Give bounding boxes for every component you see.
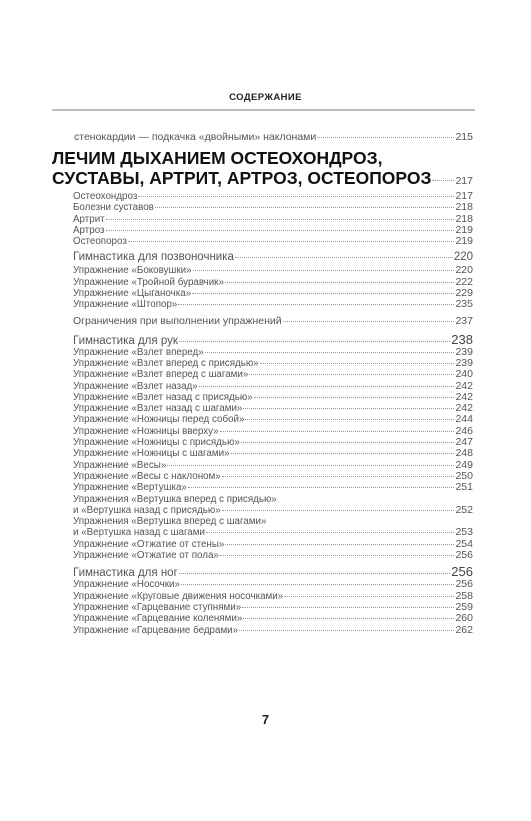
dot-leader <box>231 446 455 454</box>
toc-page-number: 248 <box>455 448 473 459</box>
dot-leader <box>220 424 455 432</box>
toc-entry-title: Упражнение «Взлет вперед с присядью» <box>73 358 259 369</box>
toc-entry-title: Упражнение «Штопор» <box>73 299 177 310</box>
toc-entry-title: Упражнение «Гарцевание ступнями» <box>73 602 241 613</box>
dot-leader <box>284 589 454 597</box>
toc-entry-title: Упражнение «Вертушка» <box>73 482 187 493</box>
toc-entry[interactable]: и «Вертушка назад с присядью»252 <box>52 505 473 516</box>
dot-leader <box>432 168 454 181</box>
toc-entry-title: Упражнение «Взлет назад» <box>73 381 198 392</box>
dot-leader <box>106 223 455 231</box>
dot-leader <box>260 356 455 364</box>
toc-entry-title: Упражнение «Отжатие от пола» <box>73 550 219 561</box>
dot-leader <box>106 212 455 220</box>
toc-page-number: 237 <box>455 314 473 329</box>
dot-leader <box>254 390 455 398</box>
toc-entry-title: Упражнение «Носочки» <box>73 579 180 590</box>
toc-entry-title: ЛЕЧИМ ДЫХАНИЕМ ОСТЕОХОНДРОЗ, <box>52 148 382 168</box>
toc-page-number: 252 <box>455 505 473 516</box>
running-head: СОДЕРЖАНИЕ <box>0 92 531 103</box>
dot-leader <box>220 548 455 556</box>
dot-leader <box>199 379 455 387</box>
dot-leader <box>205 345 455 353</box>
toc-chapter[interactable]: СУСТАВЫ, АРТРИТ, АРТРОЗ, ОСТЕОПОРОЗ217 <box>52 168 473 191</box>
dot-leader <box>193 264 455 272</box>
dot-leader <box>178 298 454 306</box>
dot-leader <box>317 130 454 138</box>
page-number: 7 <box>0 712 531 727</box>
toc-page-number: 256 <box>455 550 473 561</box>
dot-leader <box>242 600 454 608</box>
dot-leader <box>243 611 454 619</box>
toc-entry-group[interactable]: Упражнения «Вертушка вперед с присядью»и… <box>52 494 473 517</box>
toc-entry-title: Упражнение «Весы» <box>73 460 166 471</box>
toc-entry-title: Упражнение «Отжатие от стены» <box>73 539 224 550</box>
toc-section[interactable]: Ограничения при выполнении упражнений237 <box>52 314 473 329</box>
toc-entry-title: СУСТАВЫ, АРТРИТ, АРТРОЗ, ОСТЕОПОРОЗ <box>52 168 431 188</box>
toc-entry-title: Остеохондроз <box>73 191 137 202</box>
toc-entry-title: стенокардии — подкачка «двойными» наклон… <box>74 130 316 144</box>
toc-entry-title: Ограничения при выполнении упражнений <box>73 314 282 329</box>
toc-entry-title: Упражнение «Гарцевание коленями» <box>73 613 242 624</box>
toc-page-number: 251 <box>455 482 473 493</box>
dot-leader <box>167 458 454 466</box>
table-of-contents: стенокардии — подкачка «двойными» наклон… <box>52 130 473 636</box>
toc-page-number: 217 <box>455 171 473 191</box>
toc-page-number: 262 <box>455 625 473 636</box>
toc-chapter-group[interactable]: ЛЕЧИМ ДЫХАНИЕМ ОСТЕОХОНДРОЗ,СУСТАВЫ, АРТ… <box>52 148 473 191</box>
toc-entry[interactable]: Упражнение «Вертушка»251 <box>52 482 473 493</box>
toc-page-number: 220 <box>454 250 473 265</box>
toc-page-number: 215 <box>455 130 473 144</box>
toc-entry-title: Упражнение «Взлет назад с присядью» <box>73 392 253 403</box>
toc-entry-title: и «Вертушка назад с присядью» <box>73 505 221 516</box>
dot-leader <box>192 286 454 294</box>
dot-leader <box>222 503 455 511</box>
toc-page-number: 219 <box>455 236 473 247</box>
dot-leader <box>155 200 455 208</box>
toc-page-number: 240 <box>455 369 473 380</box>
toc-page-number: 238 <box>451 332 473 347</box>
toc-entry-title: Артрит <box>73 214 105 225</box>
toc-entry-group[interactable]: Упражнения «Вертушка вперед с шагами»и «… <box>52 516 473 539</box>
toc-chapter[interactable]: ЛЕЧИМ ДЫХАНИЕМ ОСТЕОХОНДРОЗ, <box>52 148 473 168</box>
toc-continuation[interactable]: стенокардии — подкачка «двойными» наклон… <box>52 130 473 144</box>
dot-leader <box>222 469 455 477</box>
toc-page-number: 260 <box>455 613 473 624</box>
dot-leader <box>241 435 455 443</box>
toc-page-number: 218 <box>455 202 473 213</box>
dot-leader <box>206 526 455 534</box>
toc-entry-title: Упражнение «Боковушки» <box>73 265 192 276</box>
dot-leader <box>179 333 450 342</box>
toc-entry-title: Упражнение «Взлет вперед» <box>73 347 204 358</box>
dot-leader <box>245 413 454 421</box>
dot-leader <box>128 234 455 242</box>
dot-leader <box>235 249 453 258</box>
dot-leader <box>249 367 454 375</box>
dot-leader <box>181 577 454 585</box>
toc-page-number: 256 <box>451 564 473 579</box>
toc-entry-title: Упражнение «Взлет назад с шагами» <box>73 403 242 414</box>
dot-leader <box>239 623 454 631</box>
toc-entry-title: Остеопороз <box>73 236 127 247</box>
dot-leader <box>188 480 455 488</box>
toc-entry[interactable]: Упражнение «Гарцевание бедрами»262 <box>52 625 473 636</box>
header-rule <box>52 109 475 111</box>
toc-entry-title: Упражнение «Цыганочка» <box>73 288 191 299</box>
toc-entry-title: Упражнение «Ножницы вверху» <box>73 426 219 437</box>
dot-leader <box>225 275 455 283</box>
dot-leader <box>283 313 455 321</box>
dot-leader <box>179 565 451 574</box>
toc-entry-title: Упражнение «Гарцевание бедрами» <box>73 625 238 636</box>
toc-entry[interactable]: Упражнение «Отжатие от пола»256 <box>52 550 473 561</box>
toc-entry[interactable]: Упражнение «Штопор»235 <box>52 299 473 310</box>
dot-leader <box>225 537 454 545</box>
toc-entry-title: Упражнение «Ножницы с присядью» <box>73 437 240 448</box>
toc-entry[interactable]: Остеопороз219 <box>52 236 473 247</box>
dot-leader <box>138 189 454 197</box>
toc-entry-title: и «Вертушка назад с шагами <box>73 527 205 538</box>
toc-page-number: 256 <box>455 579 473 590</box>
toc-page-number: 235 <box>455 299 473 310</box>
dot-leader <box>243 401 454 409</box>
toc-entry-title: Артроз <box>73 225 105 236</box>
